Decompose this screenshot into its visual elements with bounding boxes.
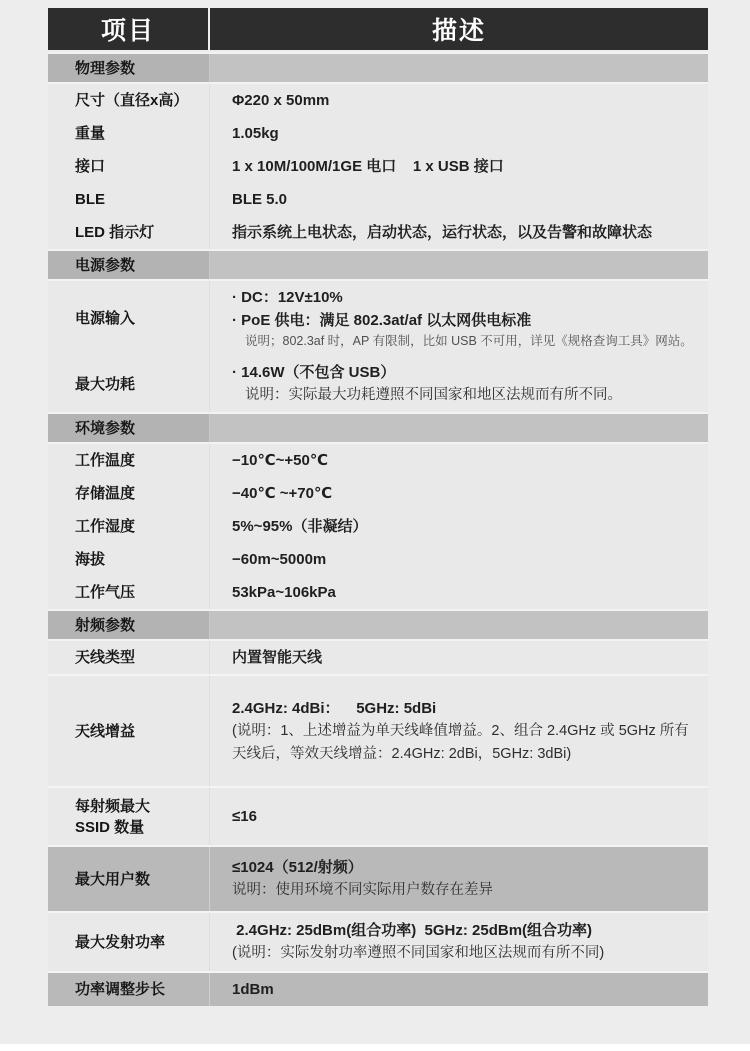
section-row-environment: 环境参数 [48, 412, 708, 444]
spec-value: · DC：12V±10% · PoE 供电：满足 802.3at/af 以太网供… [210, 281, 708, 356]
spec-value-line: 1dBm [232, 978, 694, 1001]
header-cell-item: 项目 [48, 8, 208, 50]
spec-value: 2.4GHz: 4dBi： 5GHz: 5dBi (说明：1、上述增益为单天线峰… [210, 676, 708, 786]
bottom-white-strip [0, 1044, 750, 1051]
spec-label: 工作湿度 [48, 510, 210, 543]
spec-row-pressure: 工作气压 53kPa~106kPa [48, 576, 708, 609]
spec-label: 每射频最大 SSID 数量 [48, 788, 210, 845]
spec-note-line: 说明；802.3af 时，AP 有限制，比如 USB 不可用，详见《规格查询工具… [232, 332, 694, 351]
spec-label: 尺寸（直径x高） [48, 84, 210, 117]
table-header: 项目 描述 [48, 8, 708, 50]
spec-label: 接口 [48, 150, 210, 183]
spec-label: BLE [48, 183, 210, 216]
section-filler [210, 414, 708, 442]
spec-value: 53kPa~106kPa [210, 576, 708, 609]
spec-row-power-step: 功率调整步长 1dBm [48, 971, 708, 1006]
spec-row-max-tx-power: 最大发射功率 2.4GHz: 25dBm(组合功率) 5GHz: 25dBm(组… [48, 911, 708, 971]
spec-value: Φ220 x 50mm [210, 84, 708, 117]
spec-value-line: 内置智能天线 [232, 646, 694, 669]
section-row-rf: 射频参数 [48, 609, 708, 641]
spec-note-line: 说明：实际最大功耗遵照不同国家和地区法规而有所不同。 [232, 384, 694, 407]
spec-row-max-ssid: 每射频最大 SSID 数量 ≤16 [48, 786, 708, 845]
spec-value: 指示系统上电状态，启动状态，运行状态，以及告警和故障状态 [210, 216, 708, 249]
spec-value-line: −40℃ ~+70℃ [232, 482, 694, 505]
spec-label: 工作气压 [48, 576, 210, 609]
spec-value: 1dBm [210, 973, 708, 1006]
spec-row-antenna-gain: 天线增益 2.4GHz: 4dBi： 5GHz: 5dBi (说明：1、上述增益… [48, 674, 708, 786]
section-label: 射频参数 [48, 611, 210, 639]
spec-row-weight: 重量 1.05kg [48, 117, 708, 150]
section-label: 物理参数 [48, 54, 210, 82]
section-row-physical: 物理参数 [48, 52, 708, 84]
spec-value: · 14.6W（不包含 USB） 说明：实际最大功耗遵照不同国家和地区法规而有所… [210, 356, 708, 412]
spec-value: −60m~5000m [210, 543, 708, 576]
spec-label: 天线增益 [48, 676, 210, 786]
spec-value: 1 x 10M/100M/1GE 电口 1 x USB 接口 [210, 150, 708, 183]
spec-note-line: 说明：使用环境不同实际用户数存在差异 [232, 879, 694, 902]
spec-label: 最大发射功率 [48, 913, 210, 971]
spec-row-max-users: 最大用户数 ≤1024（512/射频） 说明：使用环境不同实际用户数存在差异 [48, 845, 708, 911]
spec-value-line: ≤16 [232, 805, 694, 828]
spec-value-line: · DC：12V±10% [232, 286, 694, 309]
spec-label: 天线类型 [48, 641, 210, 674]
spec-row-operating-temp: 工作温度 −10℃~+50℃ [48, 444, 708, 477]
spec-label: 最大用户数 [48, 847, 210, 911]
spec-note-line: (说明：实际发射功率遵照不同国家和地区法规而有所不同) [232, 942, 694, 965]
spec-value: 2.4GHz: 25dBm(组合功率) 5GHz: 25dBm(组合功率) (说… [210, 913, 708, 971]
section-label: 环境参数 [48, 414, 210, 442]
spec-value-line: ≤1024（512/射频） [232, 856, 694, 879]
header-cell-desc: 描述 [210, 8, 708, 50]
spec-row-humidity: 工作湿度 5%~95%（非凝结） [48, 510, 708, 543]
spec-value: ≤16 [210, 788, 708, 845]
spec-label: LED 指示灯 [48, 216, 210, 249]
spec-label: 工作温度 [48, 444, 210, 477]
spec-row-power-input: 电源输入 · DC：12V±10% · PoE 供电：满足 802.3at/af… [48, 281, 708, 356]
spec-value: 1.05kg [210, 117, 708, 150]
spec-value-line: 53kPa~106kPa [232, 581, 694, 604]
spec-value-line: · PoE 供电：满足 802.3at/af 以太网供电标准 [232, 309, 694, 332]
spec-row-altitude: 海拔 −60m~5000m [48, 543, 708, 576]
spec-value: ≤1024（512/射频） 说明：使用环境不同实际用户数存在差异 [210, 847, 708, 911]
spec-row-dimensions: 尺寸（直径x高） Φ220 x 50mm [48, 84, 708, 117]
spec-value-line: 1 x 10M/100M/1GE 电口 1 x USB 接口 [232, 155, 694, 178]
spec-label: 功率调整步长 [48, 973, 210, 1006]
spec-value-line: 2.4GHz: 25dBm(组合功率) 5GHz: 25dBm(组合功率) [232, 919, 694, 942]
spec-label: 最大功耗 [48, 356, 210, 412]
spec-value-line: −60m~5000m [232, 548, 694, 571]
spec-value: −10℃~+50℃ [210, 444, 708, 477]
spec-row-storage-temp: 存储温度 −40℃ ~+70℃ [48, 477, 708, 510]
spec-row-led: LED 指示灯 指示系统上电状态，启动状态，运行状态，以及告警和故障状态 [48, 216, 708, 249]
spec-value-line: · 14.6W（不包含 USB） [232, 361, 694, 384]
spec-label: 电源输入 [48, 281, 210, 356]
spec-row-ports: 接口 1 x 10M/100M/1GE 电口 1 x USB 接口 [48, 150, 708, 183]
spec-row-antenna-type: 天线类型 内置智能天线 [48, 641, 708, 674]
spec-row-ble: BLE BLE 5.0 [48, 183, 708, 216]
spec-row-max-power: 最大功耗 · 14.6W（不包含 USB） 说明：实际最大功耗遵照不同国家和地区… [48, 356, 708, 412]
spec-label: 存储温度 [48, 477, 210, 510]
spec-value-line: 指示系统上电状态，启动状态，运行状态，以及告警和故障状态 [232, 221, 694, 244]
spec-value-line: 2.4GHz: 4dBi： 5GHz: 5dBi [232, 697, 694, 720]
spec-value-line: 1.05kg [232, 122, 694, 145]
spec-value: −40℃ ~+70℃ [210, 477, 708, 510]
spec-value-line: Φ220 x 50mm [232, 89, 694, 112]
spec-label: 重量 [48, 117, 210, 150]
spec-label: 海拔 [48, 543, 210, 576]
section-filler [210, 54, 708, 82]
spec-value-line: 5%~95%（非凝结） [232, 515, 694, 538]
spec-note-line: (说明：1、上述增益为单天线峰值增益。2、组合 2.4GHz 或 5GHz 所有… [232, 720, 694, 766]
section-filler [210, 251, 708, 279]
spec-value: 内置智能天线 [210, 641, 708, 674]
section-filler [210, 611, 708, 639]
section-label: 电源参数 [48, 251, 210, 279]
spec-table: 项目 描述 物理参数 尺寸（直径x高） Φ220 x 50mm 重量 1.05k… [48, 8, 708, 1006]
spec-value-line: BLE 5.0 [232, 188, 694, 211]
spec-value: 5%~95%（非凝结） [210, 510, 708, 543]
section-row-power: 电源参数 [48, 249, 708, 281]
spec-value: BLE 5.0 [210, 183, 708, 216]
spec-value-line: −10℃~+50℃ [232, 449, 694, 472]
